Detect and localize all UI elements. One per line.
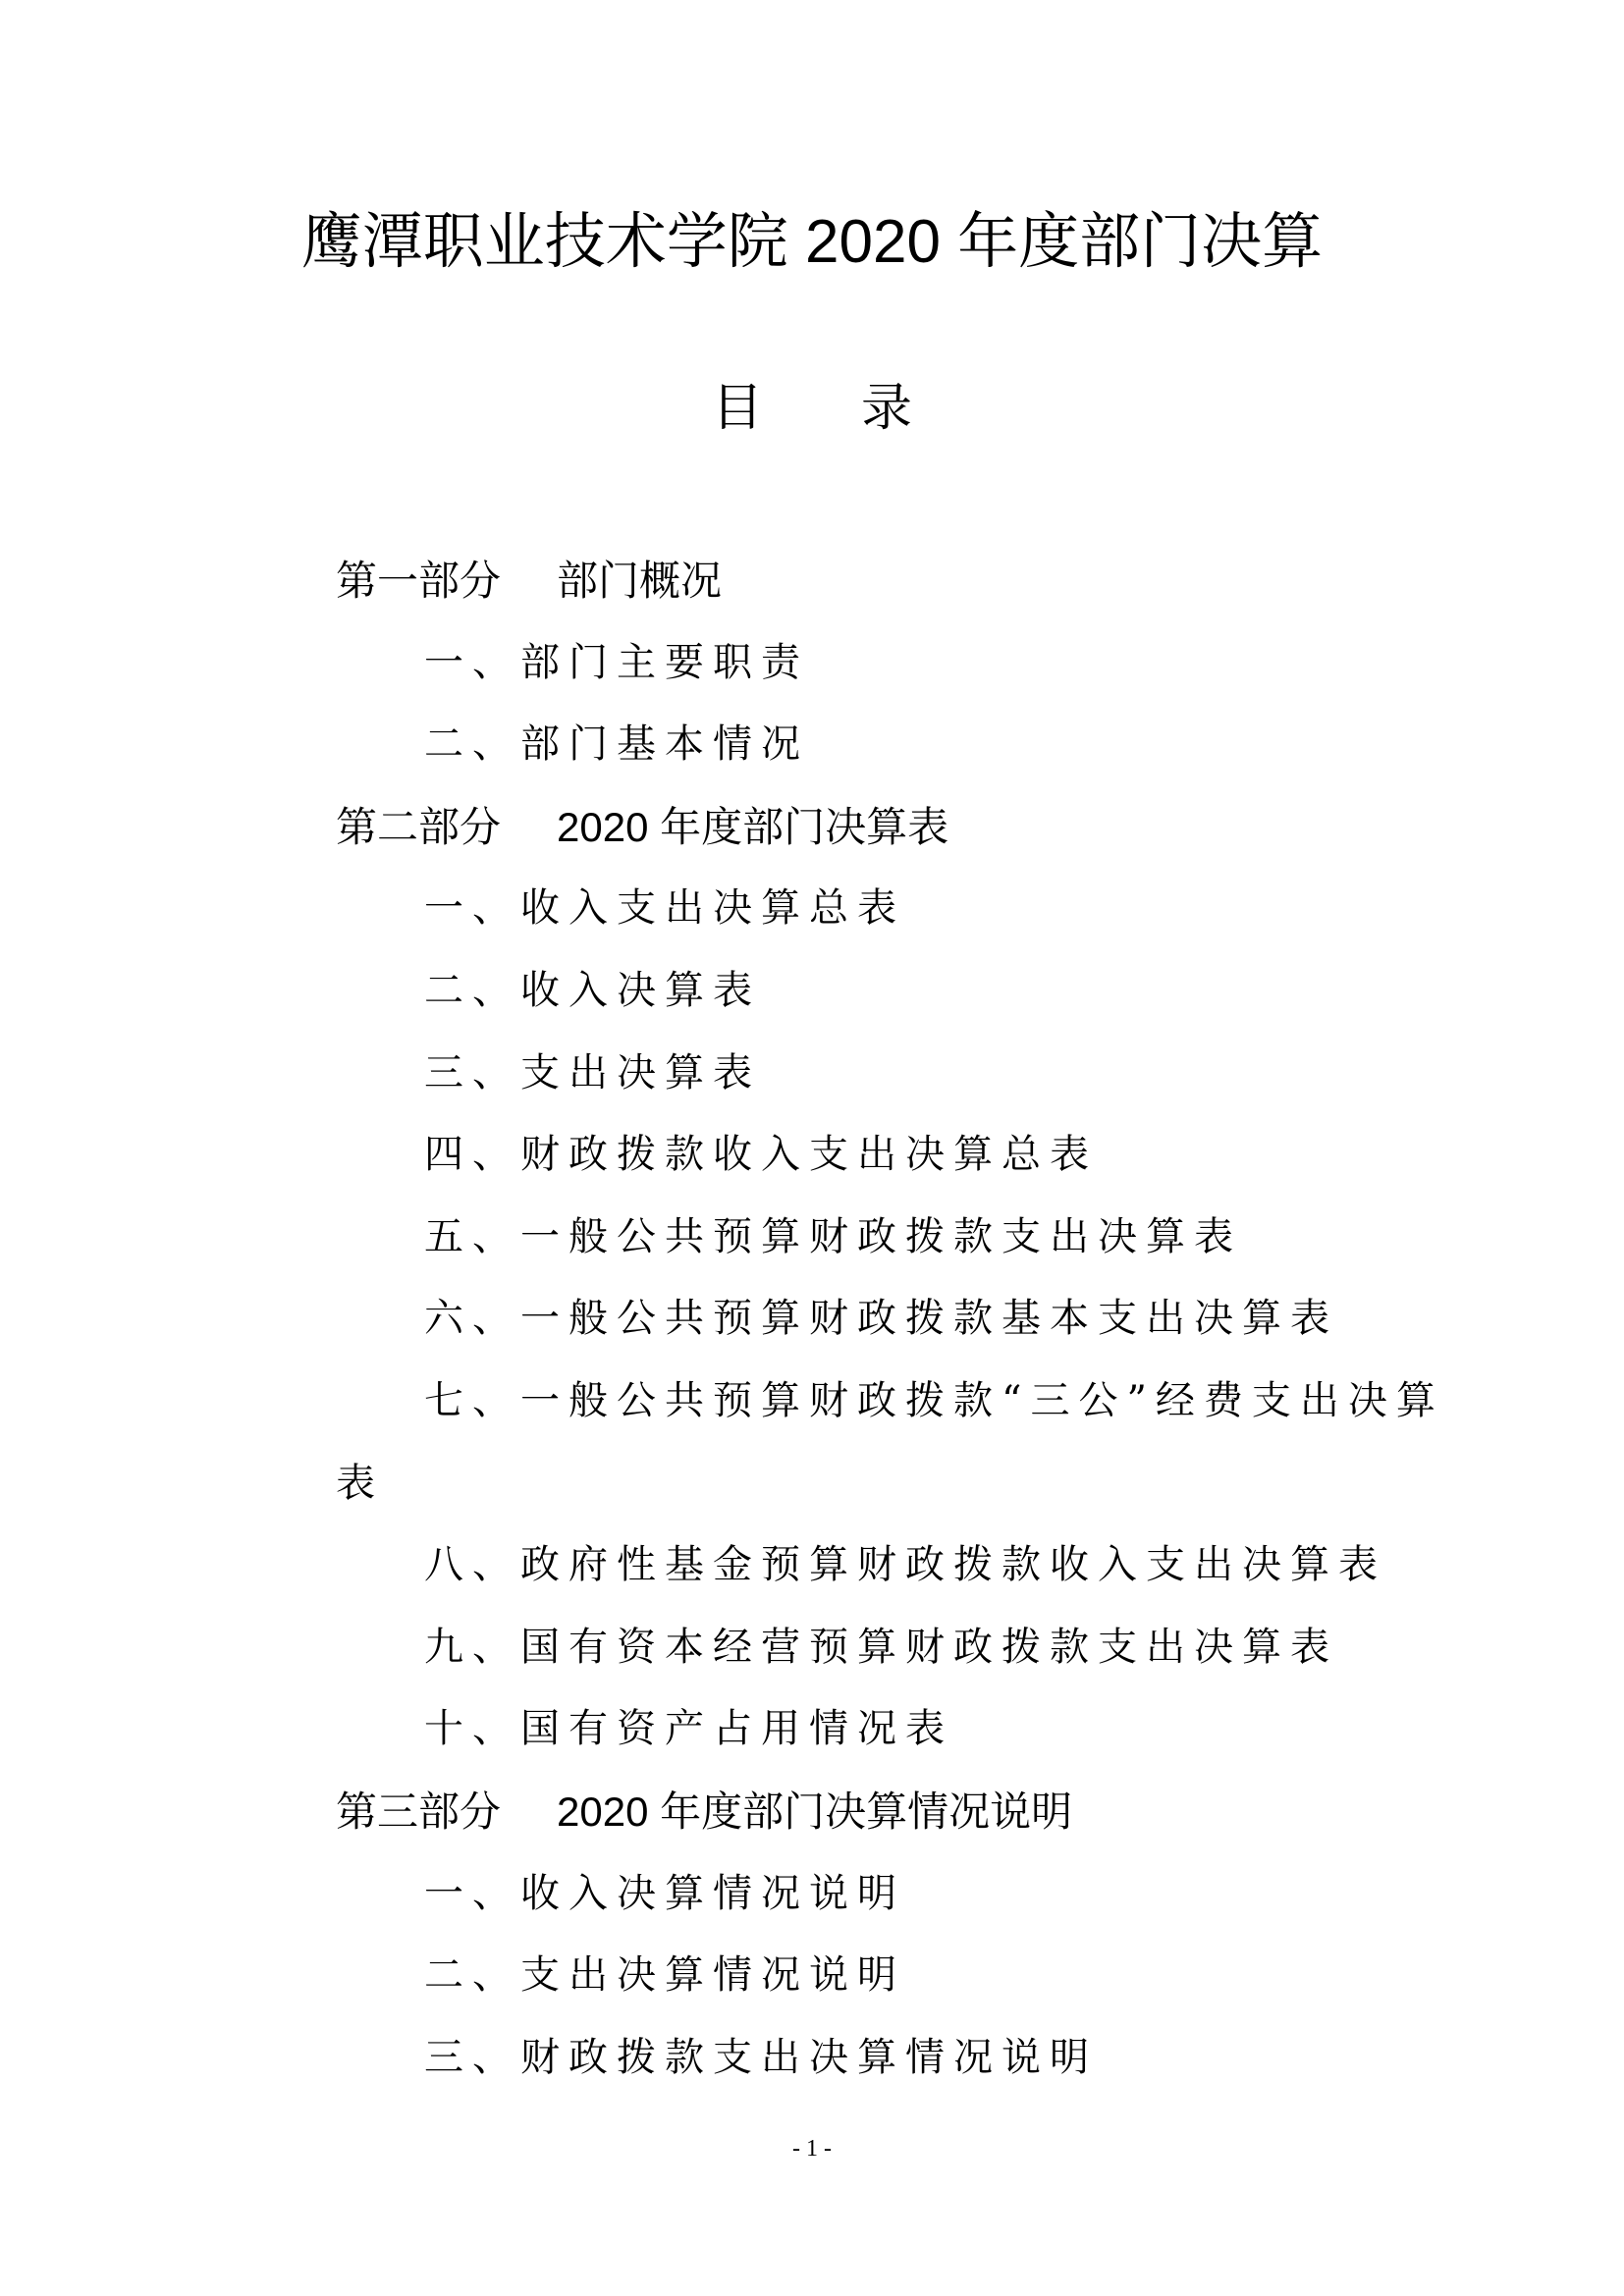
toc-item[interactable]: 二、部门基本情况 — [336, 704, 1386, 786]
toc-item[interactable]: 九、国有资本经营预算财政拨款支出决算表 — [336, 1607, 1386, 1689]
toc-item[interactable]: 六、一般公共预算财政拨款基本支出决算表 — [336, 1278, 1386, 1361]
toc-item-continuation[interactable]: 表 — [336, 1443, 1386, 1525]
toc-item[interactable]: 一、部门主要职责 — [336, 622, 1386, 705]
toc-heading: 目录 — [0, 373, 1624, 444]
toc-part-title: 2020 年度部门决算表 — [557, 804, 948, 850]
toc-item[interactable]: 三、支出决算表 — [336, 1033, 1386, 1115]
toc-item[interactable]: 二、收入决算表 — [336, 950, 1386, 1033]
toc-item[interactable]: 一、收入支出决算总表 — [336, 868, 1386, 950]
toc-heading-char-2: 录 — [861, 373, 912, 444]
toc-part-1[interactable]: 第一部分部门概况 — [336, 540, 1386, 622]
table-of-contents: 第一部分部门概况 一、部门主要职责 二、部门基本情况 第二部分2020 年度部门… — [336, 540, 1386, 2099]
toc-heading-char-1: 目 — [712, 373, 763, 444]
toc-item[interactable]: 二、支出决算情况说明 — [336, 1935, 1386, 2017]
toc-part-2[interactable]: 第二部分2020 年度部门决算表 — [336, 786, 1386, 869]
toc-item[interactable]: 三、财政拨款支出决算情况说明 — [336, 2017, 1386, 2100]
toc-item[interactable]: 四、财政拨款收入支出决算总表 — [336, 1114, 1386, 1197]
toc-item[interactable]: 七、一般公共预算财政拨款“三公”经费支出决算 — [336, 1361, 1386, 1443]
toc-part-3[interactable]: 第三部分2020 年度部门决算情况说明 — [336, 1771, 1386, 1853]
page-number: - 1 - — [0, 2136, 1624, 2163]
toc-part-label: 第一部分 — [336, 540, 557, 622]
toc-part-label: 第二部分 — [336, 786, 557, 869]
toc-item[interactable]: 一、收入决算情况说明 — [336, 1853, 1386, 1936]
toc-item[interactable]: 八、政府性基金预算财政拨款收入支出决算表 — [336, 1524, 1386, 1607]
toc-item[interactable]: 五、一般公共预算财政拨款支出决算表 — [336, 1197, 1386, 1279]
document-title: 鹰潭职业技术学院 2020 年度部门决算 — [0, 201, 1624, 284]
toc-item[interactable]: 十、国有资产占用情况表 — [336, 1688, 1386, 1771]
toc-part-label: 第三部分 — [336, 1771, 557, 1853]
toc-part-title: 2020 年度部门决算情况说明 — [557, 1789, 1072, 1835]
toc-part-title: 部门概况 — [557, 558, 722, 604]
